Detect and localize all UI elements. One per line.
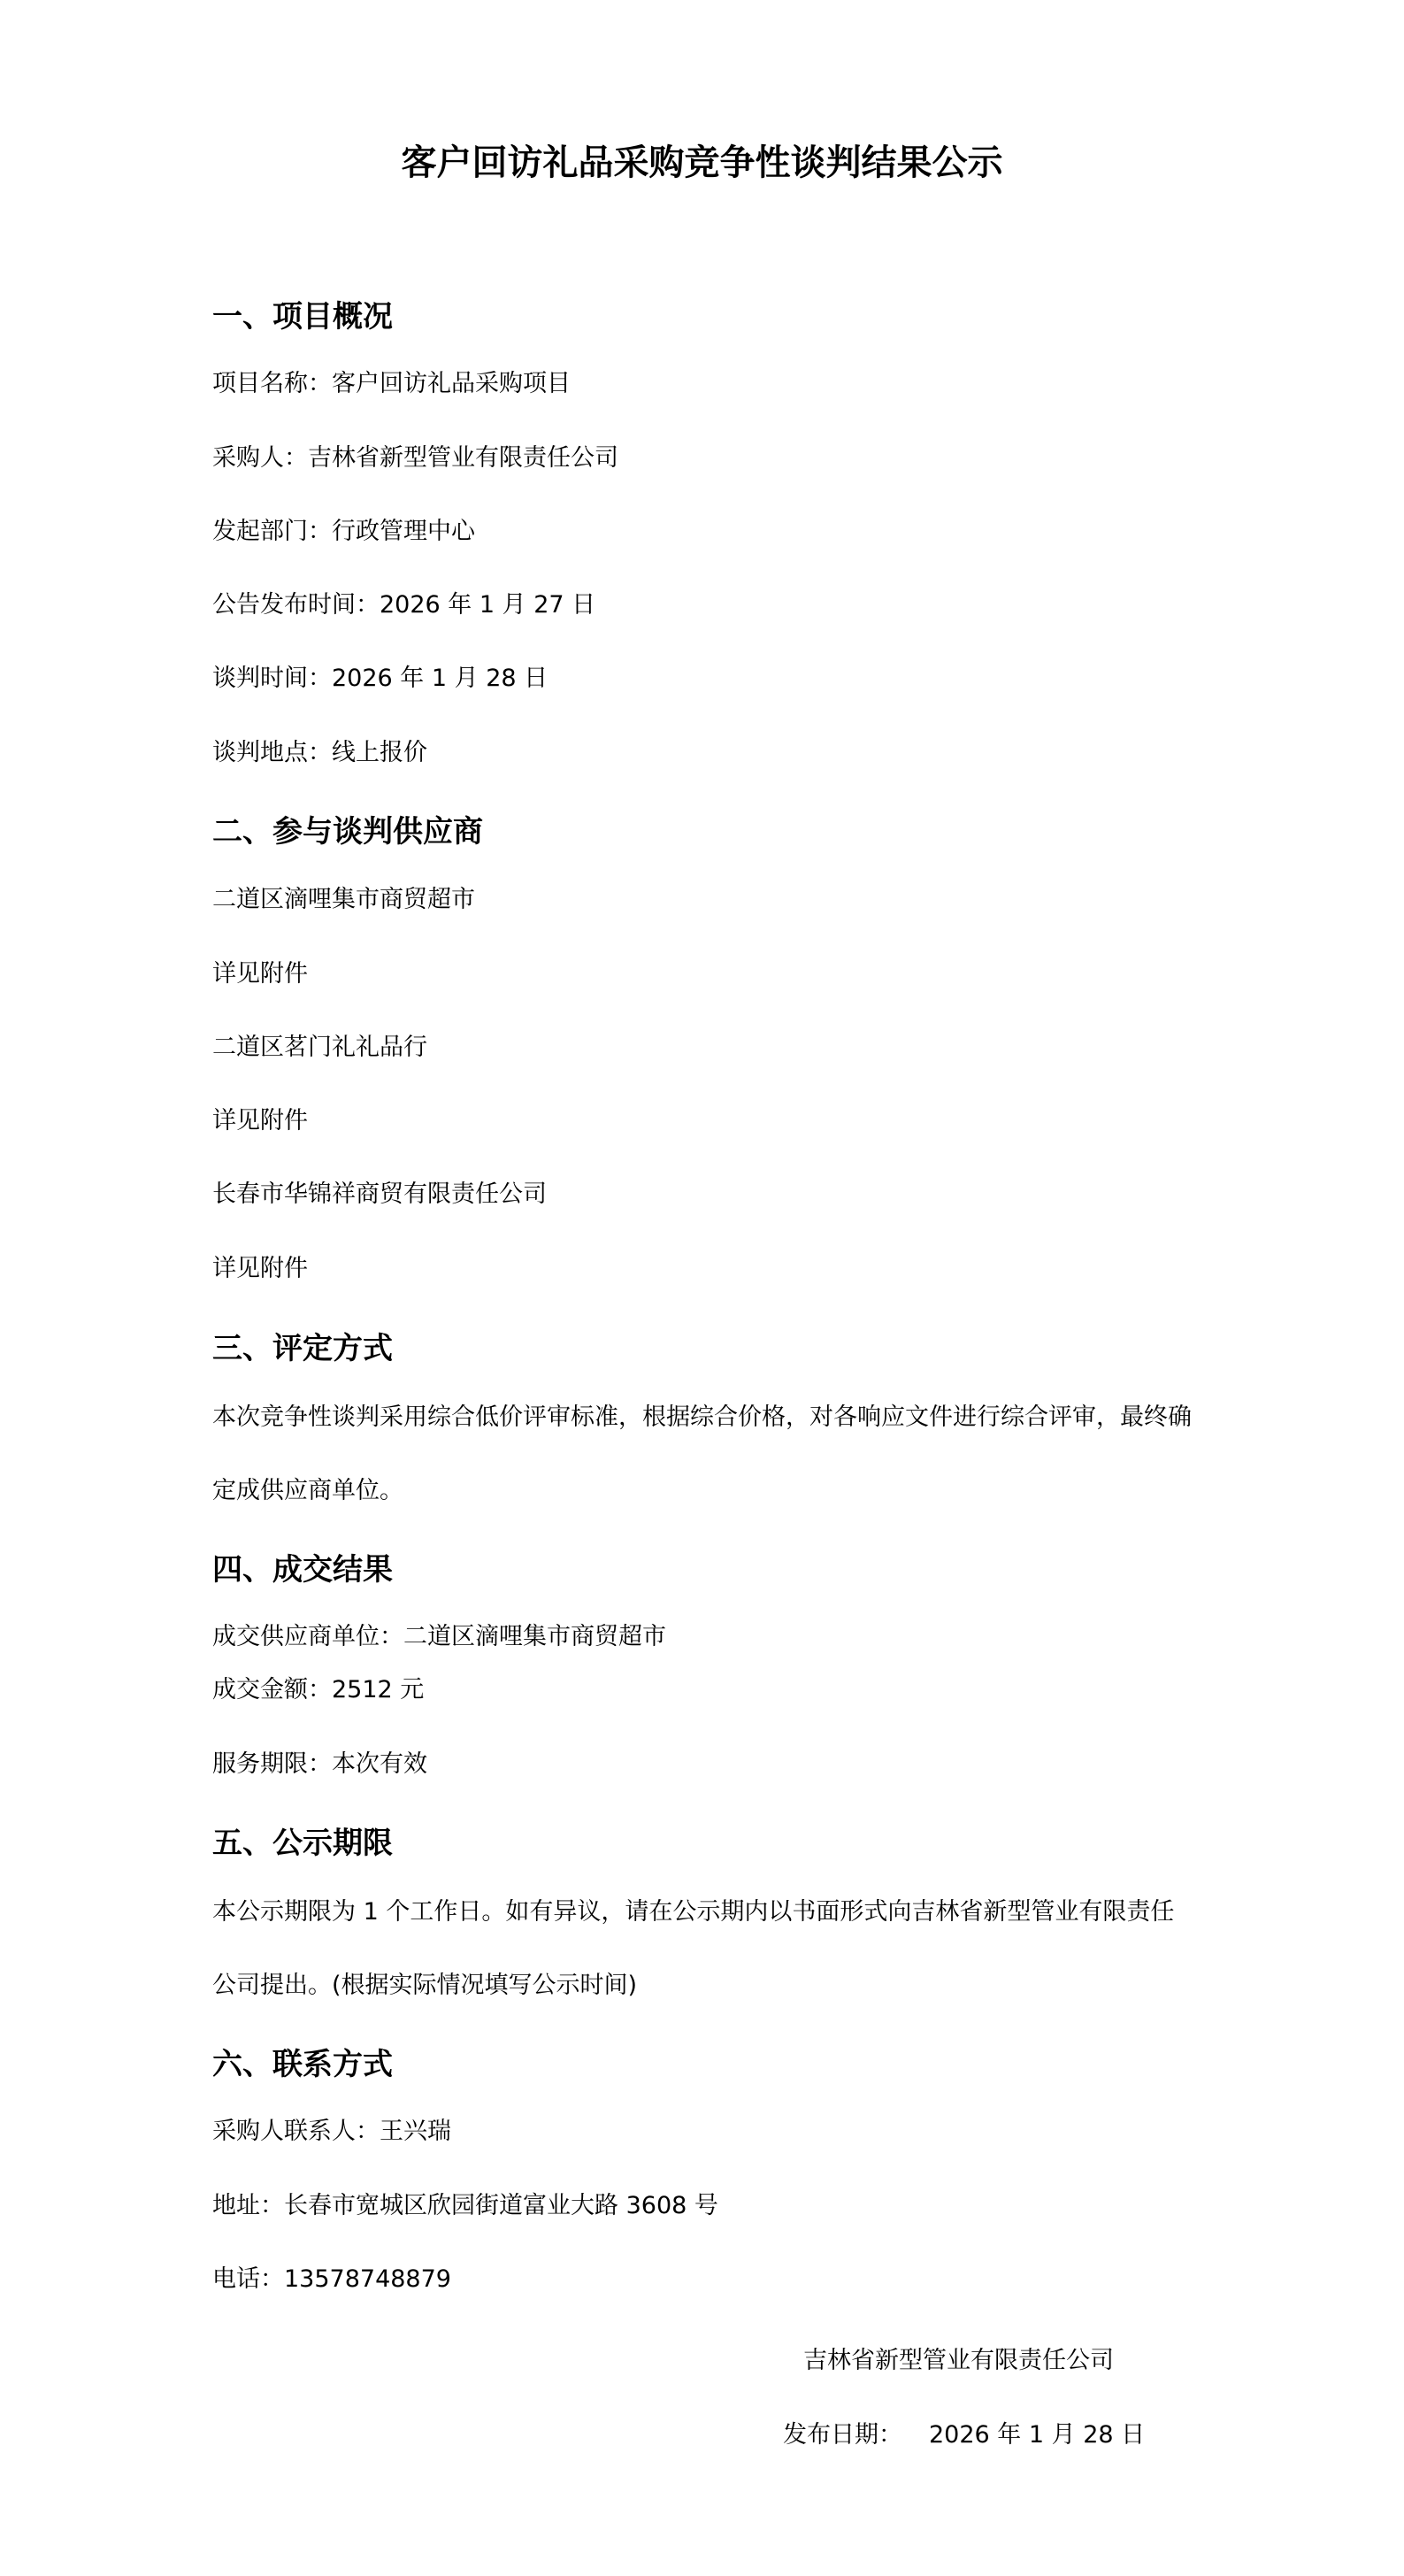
announce-date-line: 公告发布时间：2026 年 1 月 27 日	[212, 593, 595, 617]
address-line: 地址：长春市宽城区欣园街道富业大路 3608 号	[212, 2194, 718, 2218]
document-page: 客户回访礼品采购竞争性谈判结果公示 一、项目概况 项目名称：客户回访礼品采购项目…	[0, 0, 1404, 2576]
winning-supplier-line: 成交供应商单位：二道区滴哩集市商贸超市	[212, 1625, 666, 1649]
publicity-paragraph: 本公示期限为 1 个工作日。如有异议，请在公示期内以书面形式向吉林省新型管业有限…	[212, 1875, 1194, 2022]
signature-date-label: 发布日期：	[783, 2421, 902, 2449]
supplier-detail: 详见附件	[212, 1257, 308, 1280]
section-heading-result: 四、成交结果	[212, 1545, 393, 1588]
section-heading-publicity-period: 五、公示期限	[212, 1819, 393, 1862]
signature-date-value: 2026 年 1 月 28 日	[929, 2421, 1145, 2449]
supplier-detail: 详见附件	[212, 1109, 308, 1133]
supplier-detail: 详见附件	[212, 962, 308, 986]
supplier-name: 二道区滴哩集市商贸超市	[212, 888, 475, 911]
signature-date: 发布日期：2026 年 1 月 28 日	[783, 2415, 1145, 2449]
section-heading-project-overview: 一、项目概况	[212, 292, 393, 335]
deal-amount-line: 成交金额：2512 元	[212, 1678, 424, 1702]
section-heading-contact: 六、联系方式	[212, 2040, 393, 2083]
supplier-name: 长春市华锦祥商贸有限责任公司	[212, 1182, 547, 1206]
supplier-name: 二道区茗门礼礼品行	[212, 1035, 427, 1059]
page-title: 客户回访礼品采购竞争性谈判结果公示	[0, 135, 1404, 185]
section-heading-suppliers: 二、参与谈判供应商	[212, 807, 483, 850]
section-heading-evaluation-method: 三、评定方式	[212, 1324, 393, 1367]
negotiation-location-line: 谈判地点：线上报价	[212, 741, 427, 765]
department-line: 发起部门：行政管理中心	[212, 519, 475, 543]
evaluation-paragraph: 本次竞争性谈判采用综合低价评审标准，根据综合价格，对各响应文件进行综合评审，最终…	[212, 1380, 1194, 1527]
negotiation-date-line: 谈判时间：2026 年 1 月 28 日	[212, 666, 548, 690]
signature-company: 吉林省新型管业有限责任公司	[803, 2341, 1114, 2375]
phone-line: 电话：13578748879	[212, 2267, 451, 2291]
contact-person-line: 采购人联系人：王兴瑞	[212, 2119, 451, 2143]
purchaser-line: 采购人：吉林省新型管业有限责任公司	[212, 446, 618, 470]
project-name-line: 项目名称：客户回访礼品采购项目	[212, 372, 571, 396]
service-period-line: 服务期限：本次有效	[212, 1752, 427, 1776]
